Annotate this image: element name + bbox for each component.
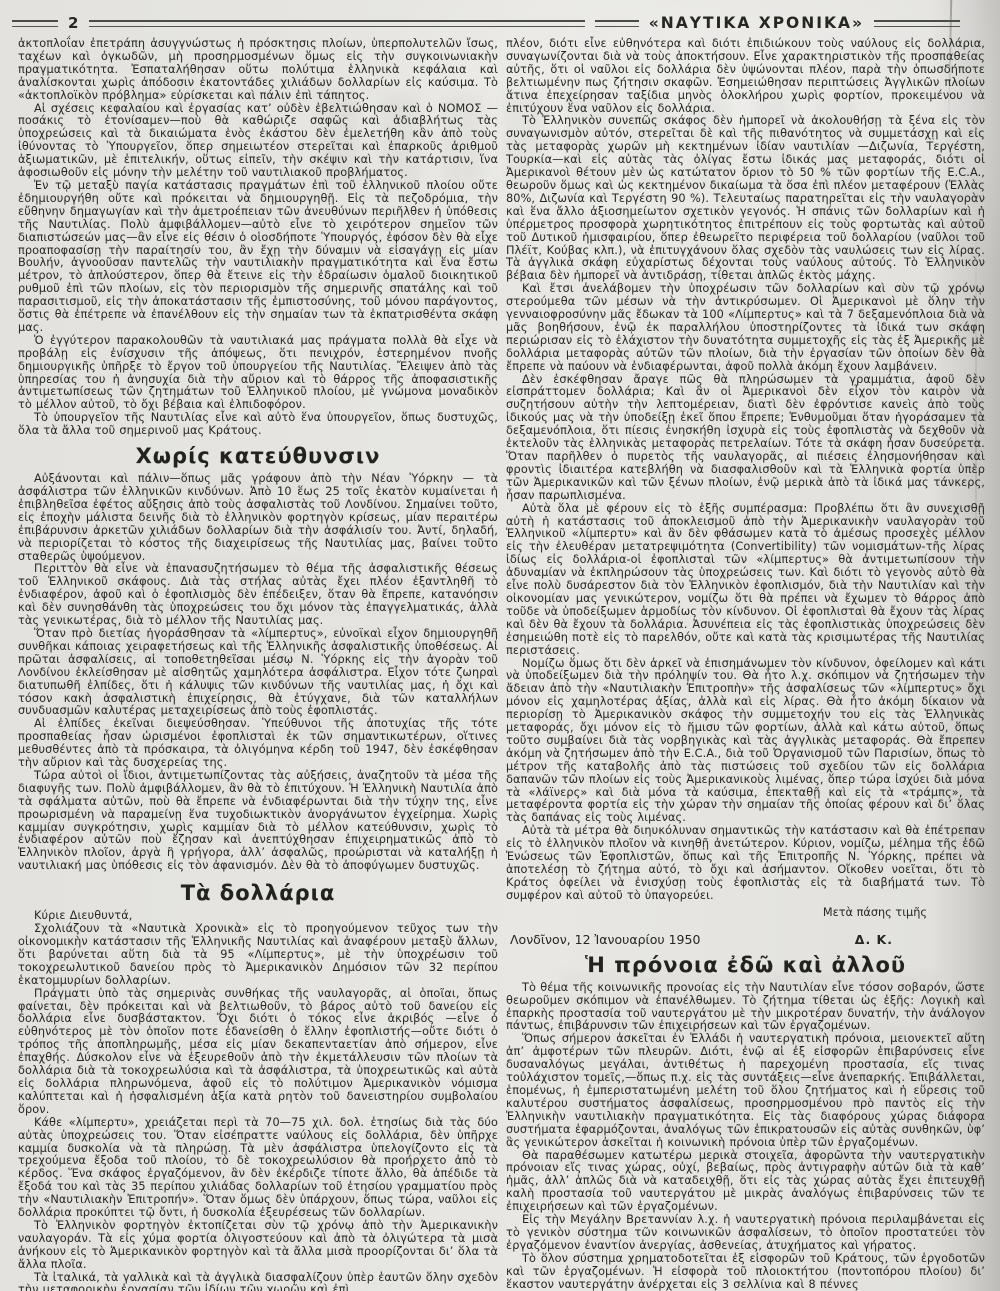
paragraph: Αὐτὰ τὰ μέτρα θὰ διηυκόλυναν σημαντικῶς … — [506, 825, 985, 902]
letter-signature: Δ. Κ. — [855, 933, 893, 947]
article-without-direction: Αὐξάνονται καὶ πάλιν—ὅπως μᾶς γράφουν ἀπ… — [18, 473, 498, 873]
paragraph: Ὁ ἐγγύτερον παρακολουθῶν τὰ ναυτιλιακά μ… — [18, 335, 498, 412]
letter-closing: Μετὰ πάσης τιμῆς — [506, 906, 985, 919]
scanned-newspaper-page: 2 «ΝΑΥΤΙΚΑ ΧΡΟΝΙΚΑ» ἀκτοπλοΐαν ἐπετράπη … — [0, 0, 1000, 1291]
paragraph: Νομίζω ὅμως ὅτι δὲν ἀρκεῖ νὰ ἐπισημάνωμε… — [506, 658, 985, 826]
paragraph: Κάθε «λίμπερτυ», χρειάζεται περὶ τὰ 70—7… — [18, 1117, 498, 1220]
lead-article-continuation: ἀκτοπλοΐαν ἐπετράπη ἀσυγγνώστως ἡ πρόσκτ… — [18, 38, 498, 438]
paragraph: Τὸ ὑπουργεῖον τῆς Ναυτιλίας εἶνε καὶ αὐτ… — [18, 412, 498, 438]
paragraph: Αἱ σχέσεις κεφαλαίου καὶ ἐργασίας κατ’ ο… — [18, 103, 498, 180]
paragraph: Ὅταν πρὸ διετίας ἠγοράσθησαν τὰ «λίμπερτ… — [18, 628, 498, 718]
masthead-title: «ΝΑΥΤΙΚΑ ΧΡΟΝΙΚΑ» — [649, 14, 864, 32]
paragraph: πλέον, διότι εἶνε εὐθηνότερα καὶ διότι ἐ… — [506, 38, 985, 115]
page-number: 2 — [68, 14, 79, 32]
paragraph: Πράγματι ὑπὸ τὰς σημερινὰς συνθήκας τῆς … — [18, 988, 498, 1117]
paragraph: Σχολιάζουν τὰ «Ναυτικὰ Χρονικὰ» εἰς τὸ π… — [18, 923, 498, 988]
header-rule — [595, 20, 639, 27]
article-heading-without-direction: Χωρίς κατεύθυνσιν — [18, 444, 498, 468]
header-rule — [89, 20, 584, 27]
paragraph: Τὸ Ἑλληνικὸν φορτηγὸν ἐκτοπίζεται σὺν τῷ… — [18, 1220, 498, 1272]
left-column: ἀκτοπλοΐαν ἐπετράπη ἀσυγγνώστως ἡ πρόσκτ… — [18, 38, 498, 1291]
dollars-letter-body: Σχολιάζουν τὰ «Ναυτικὰ Χρονικὰ» εἰς τὸ π… — [18, 923, 498, 1291]
paragraph: Αὐξάνονται καὶ πάλιν—ὅπως μᾶς γράφουν ἀπ… — [18, 473, 498, 563]
page-header: 2 «ΝΑΥΤΙΚΑ ΧΡΟΝΙΚΑ» — [12, 14, 960, 32]
paragraph: Τώρα αὐτοὶ οἱ ἴδιοι, ἀντιμετωπίζοντας τὰ… — [18, 770, 498, 873]
paragraph: Δὲν ἐσκέφθησαν ἄραγε πῶς θὰ πληρώσωμεν τ… — [506, 374, 985, 503]
paragraph: Περιττὸν θὰ εἶνε νὰ ἐπανασυζητήσωμεν τὸ … — [18, 563, 498, 628]
header-rule — [12, 20, 58, 27]
paragraph: Ἐν τῷ μεταξὺ παγία κατάστασις πραγμάτων … — [18, 180, 498, 335]
paragraph: ἀκτοπλοΐαν ἐπετράπη ἀσυγγνώστως ἡ πρόσκτ… — [18, 38, 498, 103]
paragraph: Τὸ ὅλον σύστημα χρηματοδοτεῖται ἐξ εἰσφο… — [506, 1253, 985, 1291]
paragraph: Ὅπως σήμερον ἀσκεῖται ἐν Ἑλλάδι ἡ ναυτερ… — [506, 1033, 985, 1149]
article-heading-dollars: Τὰ δολλάρια — [18, 881, 498, 905]
letter-signature-row: Λονδῖνον, 12 Ἰανουαρίου 1950 Δ. Κ. — [506, 933, 985, 947]
right-column: πλέον, διότι εἶνε εὐθηνότερα καὶ διότι ἐ… — [506, 38, 985, 1291]
paragraph: Αὐτὰ ὅλα μὲ φέρουν εἰς τὸ ἑξῆς συμπέρασμ… — [506, 503, 985, 658]
paragraph: Τὰ ἰταλικά, τὰ γαλλικὰ καὶ τὰ ἀγγλικὰ δι… — [18, 1272, 498, 1291]
paragraph: Θὰ παραθέσωμεν κατωτέρω μερικὰ στοιχεῖα,… — [506, 1150, 985, 1215]
dollars-letter-continuation: πλέον, διότι εἶνε εὐθηνότερα καὶ διότι ἐ… — [506, 38, 985, 903]
article-heading-welfare: Ἡ πρόνοια ἐδῶ καὶ ἀλλοῦ — [506, 953, 985, 977]
letter-dateline: Λονδῖνον, 12 Ἰανουαρίου 1950 — [510, 933, 700, 947]
header-rule — [874, 20, 960, 27]
welfare-article-body: Τὸ θέμα τῆς κοινωνικῆς προνοίας εἰς τὴν … — [506, 982, 985, 1291]
paragraph: Τὸ Ἑλληνικὸν συνεπῶς σκάφος δὲν ἡμπορεῖ … — [506, 115, 985, 283]
column-layout: ἀκτοπλοΐαν ἐπετράπη ἀσυγγνώστως ἡ πρόσκτ… — [18, 38, 985, 1291]
paragraph: Καὶ ἔτσι ἀνελάβομεν τὴν ὑποχρέωσιν τῶν δ… — [506, 283, 985, 373]
paragraph: Εἰς τὴν Μεγάλην Βρεταννίαν λ.χ. ἡ ναυτερ… — [506, 1214, 985, 1253]
paragraph: Αἱ ἐλπίδες ἐκεῖναι διεψεύσθησαν. Ὑπεύθυν… — [18, 718, 498, 770]
paragraph: Τὸ θέμα τῆς κοινωνικῆς προνοίας εἰς τὴν … — [506, 982, 985, 1034]
